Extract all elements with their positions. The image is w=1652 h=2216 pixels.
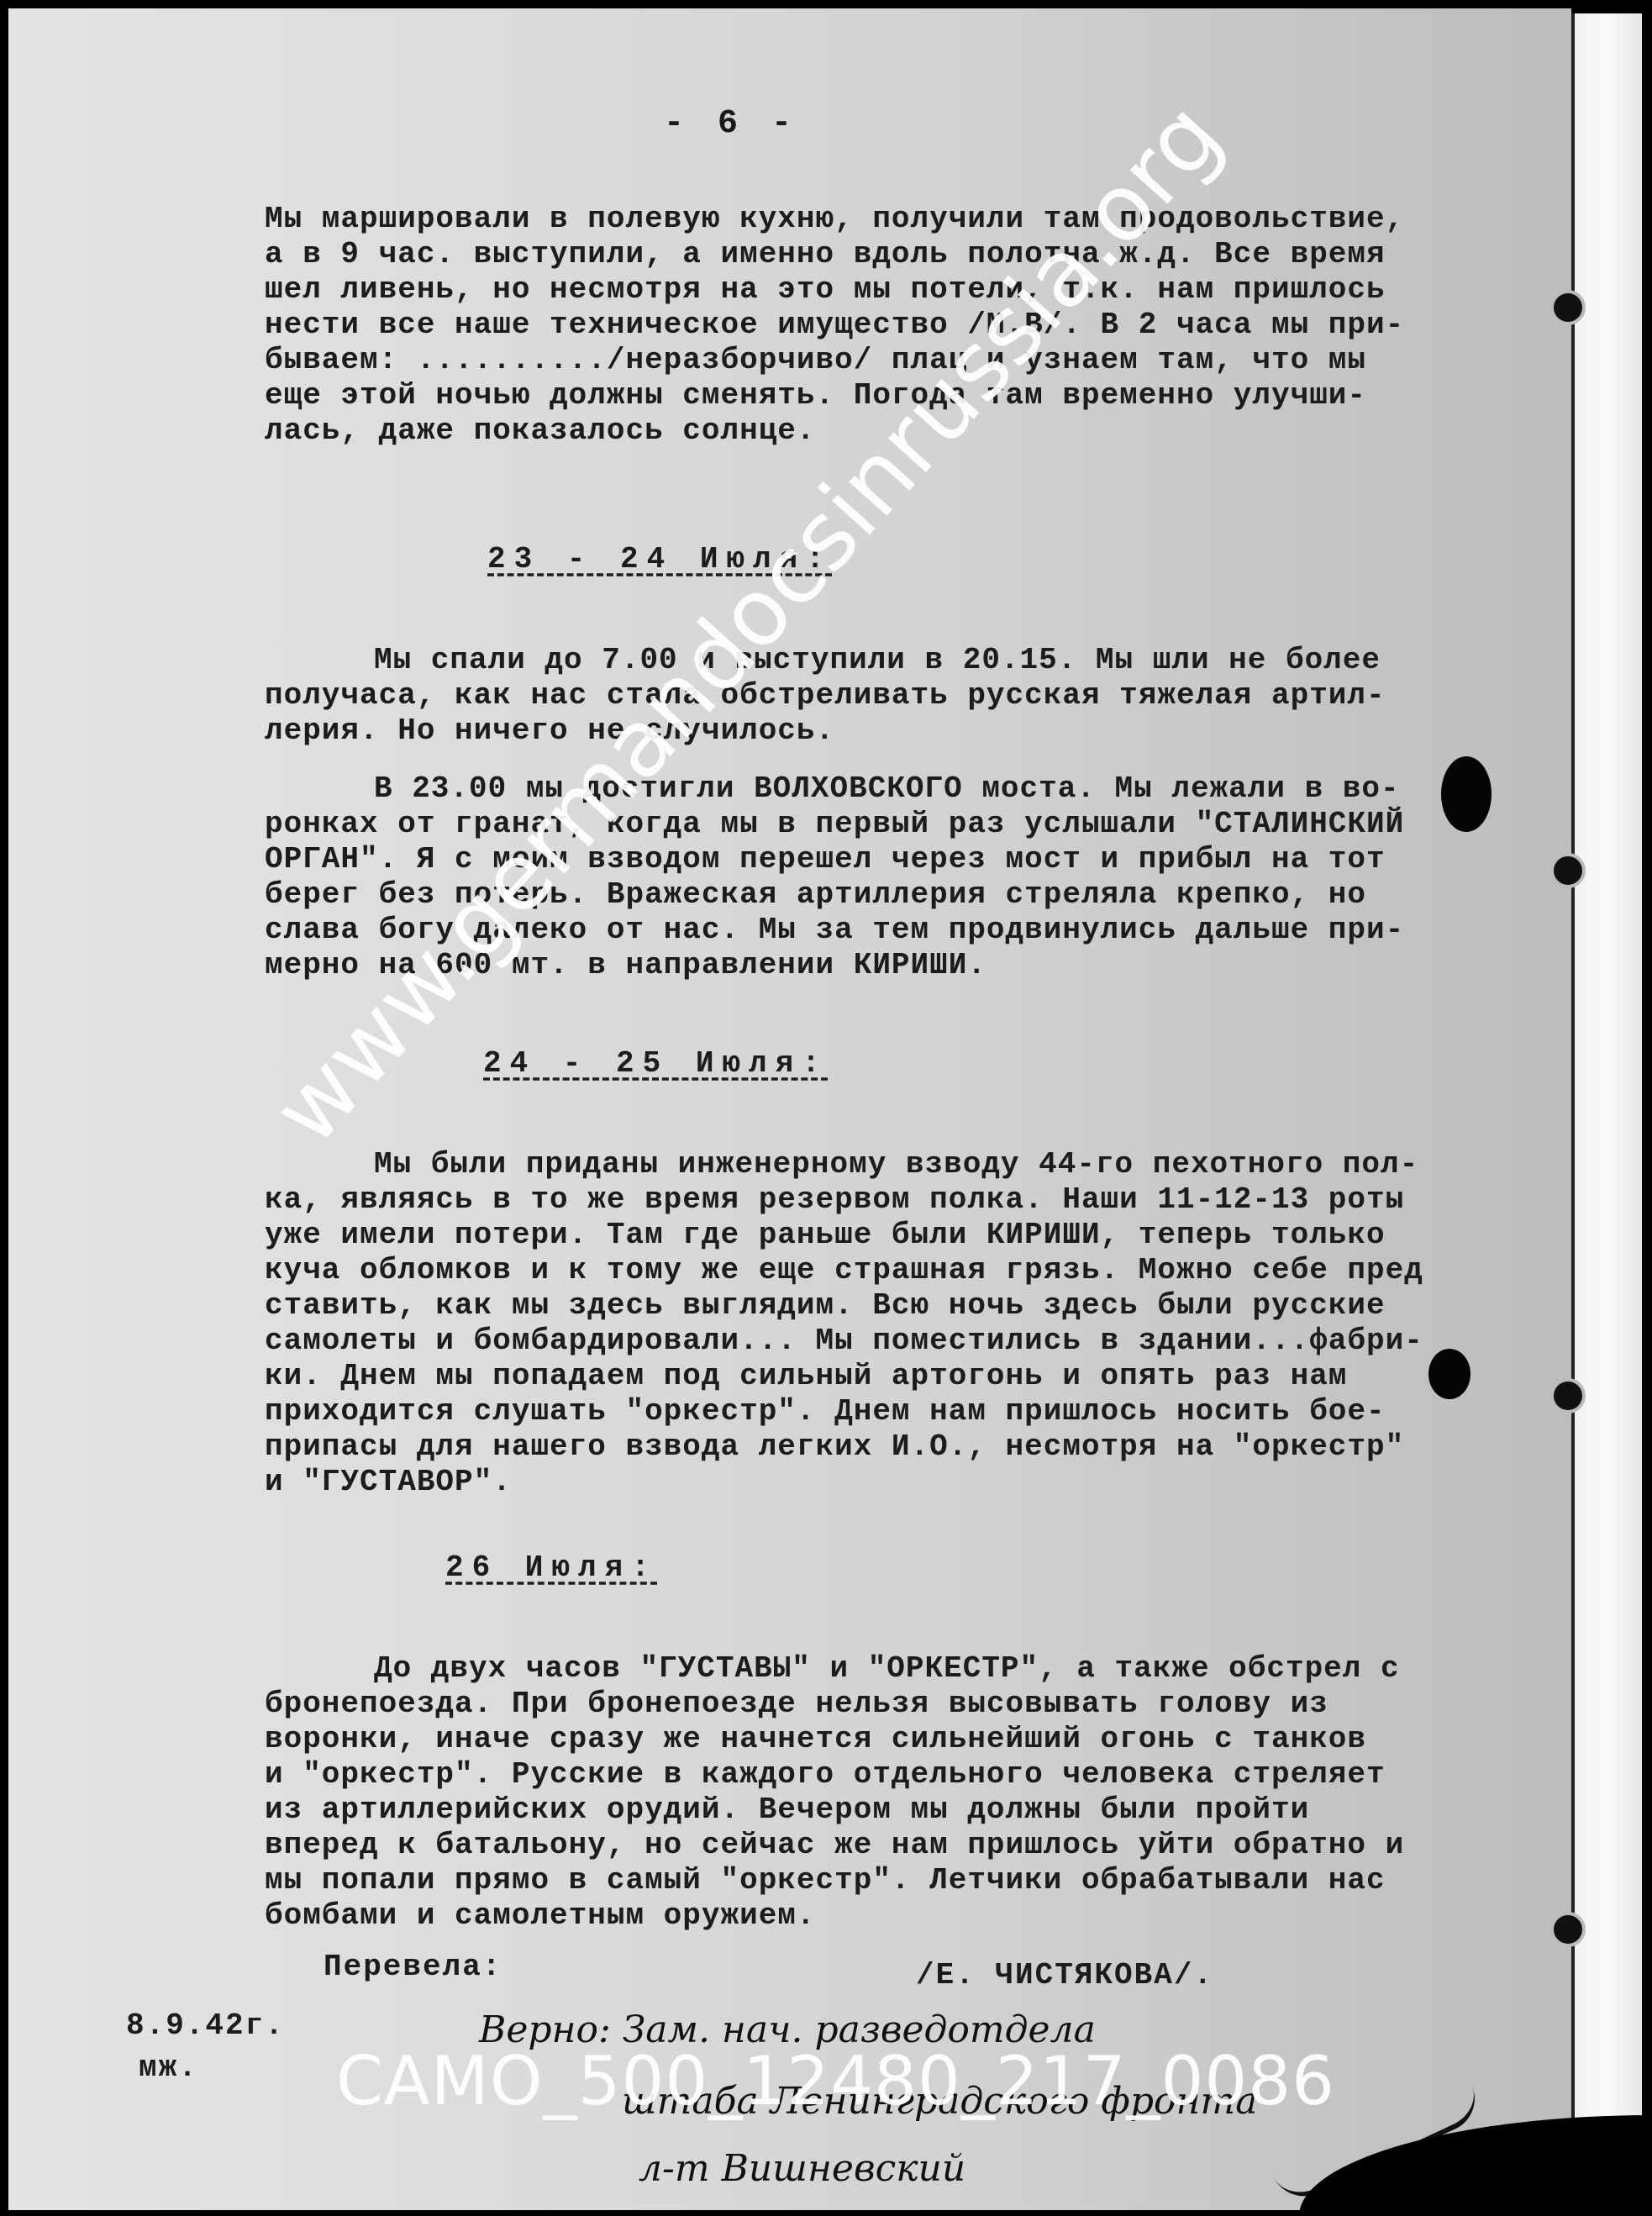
date-heading-jul24: 24 - 25 Июля: (483, 1046, 829, 1081)
paragraph-jul23-1: Мы спали до 7.00 и выступили в 20.15. Мы… (265, 643, 1559, 749)
paragraph-jul24-1: Мы были приданы инженерному взводу 44-го… (265, 1147, 1559, 1500)
translated-by-label: Перевела: (324, 1950, 502, 1984)
handwritten-certification-line3: л-т Вишневский (639, 2147, 965, 2190)
paper-edge-flap (1571, 13, 1642, 2198)
page-number: - 6 - (664, 105, 798, 143)
document-date: 8.9.42г. (126, 2008, 285, 2043)
archive-code-watermark: CAMO_500_12480_217_0086 (336, 2042, 1335, 2120)
date-heading-jul26: 26 Июля: (445, 1550, 658, 1585)
translator-name: /Е. ЧИСТЯКОВА/. (916, 1958, 1213, 1992)
typist-initials: мж. (139, 2050, 198, 2085)
paragraph-jul26-1: До двух часов "ГУСТАВЫ" и "ОРКЕСТР", а т… (265, 1651, 1559, 1934)
